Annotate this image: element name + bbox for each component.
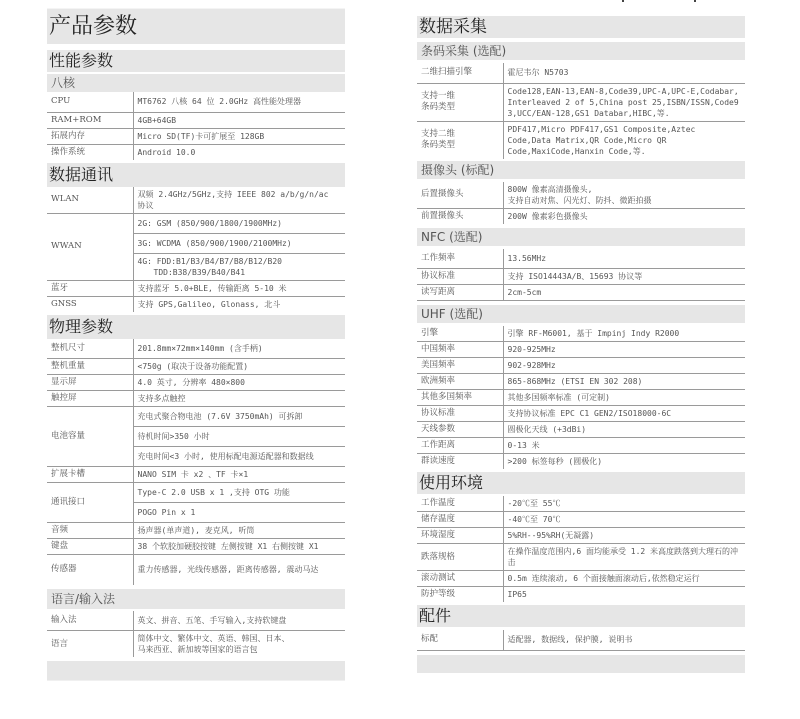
section-title-data-collection: 数据采集 — [417, 13, 745, 38]
table-row: 语言简体中文、繁体中文、英语、韩国、日本、马来西亚、新加坡等国家的语言包 — [47, 631, 345, 658]
table-row: 跌落规格在操作温度范围内,6 面均能承受 1.2 米高度跌落到大理石的冲击 — [417, 544, 745, 571]
table-row: 电池容量充电式聚合物电池 (7.6V 3750mAh) 可拆卸 — [47, 407, 345, 427]
subsection-title-uhf: UHF (选配) — [417, 305, 745, 323]
table-row: 欧洲频率865-868MHz (ETSI EN 302 208) — [417, 374, 745, 390]
accessories-table: 标配适配器, 数据线, 保护膜, 说明书 — [417, 630, 745, 651]
table-row: 标配适配器, 数据线, 保护膜, 说明书 — [417, 630, 745, 650]
language-table: 输入法英文、拼音、五笔、手写输入,支持软键盘 语言简体中文、繁体中文、英语、韩国… — [47, 611, 345, 658]
left-column: 产品参数 性能参数 八核 CPUMT6762 八核 64 位 2.0GHz 高性… — [47, 0, 345, 681]
nfc-table: 工作频率13.56MHz 协议标准支持 ISO14443A/B、15693 协议… — [417, 249, 745, 302]
table-row: 工作距离0-13 米 — [417, 438, 745, 454]
page-title: 产品参数 — [47, 8, 345, 44]
section-title-physical: 物理参数 — [47, 312, 345, 339]
physical-table: 整机尺寸201.8mm×72mm×140mm (含手柄) 整机重量<750g (… — [47, 339, 345, 585]
subsection-title-nfc: NFC (选配) — [417, 228, 745, 246]
table-row: 美国频率902-928MHz — [417, 358, 745, 374]
table-row: 工作频率13.56MHz — [417, 249, 745, 269]
table-row: 其他多国频率其他多国频率标准 (可定制) — [417, 390, 745, 406]
subsection-title-octa-core: 八核 — [47, 74, 345, 92]
table-row: 前置摄像头200W 像素彩色摄像头 — [417, 208, 745, 224]
table-row: 触控屏支持多点触控 — [47, 391, 345, 407]
table-row: 滚动测试0.5m 连续滚动, 6 个面接触面滚动后,依然稳定运行 — [417, 571, 745, 587]
table-row: 工作温度-20℃至 55℃ — [417, 496, 745, 512]
table-row: 储存温度-40℃至 70℃ — [417, 512, 745, 528]
barcode-table: 二维扫描引擎霍尼韦尔 N5703 支持一维条码类型Code128,EAN-13,… — [417, 63, 745, 159]
section-title-language: 语言/输入法 — [47, 589, 345, 609]
subsection-title-camera: 摄像头 (标配) — [417, 161, 745, 179]
table-row: 蓝牙支持蓝牙 5.0+BLE, 传输距离 5-10 米 — [47, 280, 345, 296]
table-row: 整机重量<750g (取决于设备功能配置) — [47, 359, 345, 375]
table-row: 支持一维条码类型Code128,EAN-13,EAN-8,Code39,UPC-… — [417, 83, 745, 121]
table-row: 二维扫描引擎霍尼韦尔 N5703 — [417, 63, 745, 83]
section-title-performance: 性能参数 — [47, 47, 345, 72]
table-row: GNSS支持 GPS,Galileo, Glonass, 北斗 — [47, 296, 345, 312]
table-row: 传感器重力传感器, 光线传感器, 距离传感器, 震动马达 — [47, 555, 345, 585]
table-row: CPUMT6762 八核 64 位 2.0GHz 高性能处理器 — [47, 92, 345, 112]
table-row: WWAN2G: GSM (850/900/1800/1900MHz) — [47, 213, 345, 233]
table-row: 扩展卡槽NANO SIM 卡 x2 、TF 卡×1 — [47, 467, 345, 483]
table-row: 后置摄像头800W 像素高清摄像头,支持自动对焦、闪光灯、防抖、微距拍摄 — [417, 182, 745, 209]
table-row: 拓展内存Micro SD(TF)卡可扩展至 128GB — [47, 128, 345, 144]
table-row: 群读速度>200 标签每秒 (圆极化) — [417, 454, 745, 470]
table-row: 输入法英文、拼音、五笔、手写输入,支持软键盘 — [47, 611, 345, 631]
section-title-data-comm: 数据通讯 — [47, 160, 345, 187]
table-row: 整机尺寸201.8mm×72mm×140mm (含手柄) — [47, 339, 345, 359]
table-row: 中国频率920-925MHz — [417, 342, 745, 358]
table-row: RAM+ROM4GB+64GB — [47, 112, 345, 128]
table-row: 引擎引擎 RF-M6001, 基于 Impinj Indy R2000 — [417, 326, 745, 342]
table-row: 天线参数圆极化天线 (+3dBi) — [417, 422, 745, 438]
uhf-table: 引擎引擎 RF-M6001, 基于 Impinj Indy R2000 中国频率… — [417, 326, 745, 469]
environment-table: 工作温度-20℃至 55℃ 储存温度-40℃至 70℃ 环境湿度5%RH--95… — [417, 496, 745, 602]
blank-row — [417, 655, 745, 673]
performance-table: CPUMT6762 八核 64 位 2.0GHz 高性能处理器 RAM+ROM4… — [47, 92, 345, 160]
table-row: 操作系统Android 10.0 — [47, 144, 345, 160]
data-comm-table: WLAN双频 2.4GHz/5GHz,支持 IEEE 802 a/b/g/n/a… — [47, 187, 345, 312]
table-row: 通讯接口Type-C 2.0 USB x 1 ,支持 OTG 功能 — [47, 483, 345, 503]
table-row: 键盘38 个软胶加硬胶按键 左侧按键 X1 右侧按键 X1 — [47, 539, 345, 555]
right-column: 数据采集 条码采集 (选配) 二维扫描引擎霍尼韦尔 N5703 支持一维条码类型… — [417, 0, 745, 673]
blank-row — [47, 661, 345, 681]
subsection-title-barcode: 条码采集 (选配) — [417, 42, 745, 60]
table-row: 环境湿度5%RH--95%RH(无凝露) — [417, 528, 745, 544]
table-row: 支持二维条码类型PDF417,Micro PDF417,GS1 Composit… — [417, 121, 745, 159]
table-row: 读写距离2cm-5cm — [417, 285, 745, 301]
section-title-accessories: 配件 — [417, 602, 745, 627]
table-row: 协议标准支持 ISO14443A/B、15693 协议等 — [417, 269, 745, 285]
table-row: 协议标准支持协议标准 EPC C1 GEN2/ISO18000-6C — [417, 406, 745, 422]
table-row: 显示屏4.0 英寸, 分辨率 480×800 — [47, 375, 345, 391]
table-row: 防护等级IP65 — [417, 587, 745, 603]
table-row: 音频扬声器(单声道), 麦克风, 听筒 — [47, 523, 345, 539]
camera-table: 后置摄像头800W 像素高清摄像头,支持自动对焦、闪光灯、防抖、微距拍摄 前置摄… — [417, 182, 745, 224]
section-title-environment: 使用环境 — [417, 469, 745, 494]
table-row: WLAN双频 2.4GHz/5GHz,支持 IEEE 802 a/b/g/n/a… — [47, 187, 345, 214]
